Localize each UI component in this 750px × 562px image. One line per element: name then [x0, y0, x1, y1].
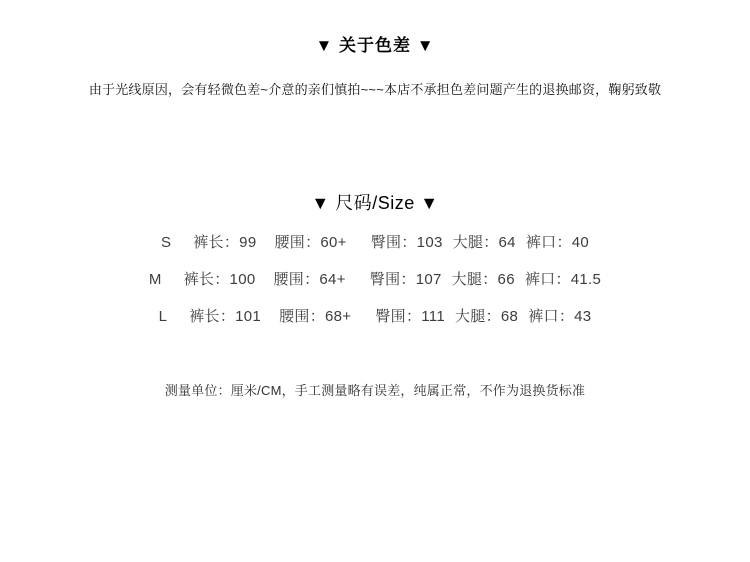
- measurement-label: 大腿: [452, 271, 483, 288]
- colon-separator: ：: [559, 308, 574, 325]
- measurement-cell: 腰围：60+: [274, 235, 346, 251]
- colon-separator: ：: [220, 308, 235, 325]
- measurement-cell: 裤长：100: [184, 272, 256, 288]
- product-description-page: ▼ 关于色差 ▼ 由于光线原因，会有轻微色差~介意的亲们慎拍~~~本店不承担色差…: [0, 0, 750, 562]
- measurement-value: 68: [501, 308, 518, 325]
- measurement-value: 64+: [319, 271, 345, 288]
- size-row-s: S 裤长：99 腰围：60+ 臀围：103 大腿：64 裤口：40: [0, 235, 750, 251]
- size-row-m: M 裤长：100 腰围：64+ 臀围：107 大腿：66 裤口：41.5: [0, 272, 750, 288]
- color-note-title: ▼ 关于色差 ▼: [0, 0, 750, 55]
- colon-separator: ：: [406, 308, 421, 325]
- size-label: L: [159, 309, 168, 325]
- measurement-label: 腰围: [273, 271, 304, 288]
- size-table: S 裤长：99 腰围：60+ 臀围：103 大腿：64 裤口：40 M 裤长：1…: [0, 235, 750, 325]
- size-section-title: ▼ 尺码/Size ▼: [0, 194, 750, 213]
- measurement-label: 裤口: [526, 234, 557, 251]
- measurement-cell: 臀围：111: [375, 309, 445, 325]
- measurement-value: 68+: [325, 308, 351, 325]
- colon-separator: ：: [224, 234, 239, 251]
- measurement-cell: 大腿：66: [452, 272, 515, 288]
- measurement-label: 裤长: [189, 308, 220, 325]
- measurement-label: 腰围: [274, 234, 305, 251]
- size-row-l: L 裤长：101 腰围：68+ 臀围：111 大腿：68 裤口：43: [0, 309, 750, 325]
- color-note-body: 由于光线原因，会有轻微色差~介意的亲们慎拍~~~本店不承担色差问题产生的退换邮资…: [0, 83, 750, 97]
- measurement-cell: 裤口：40: [526, 235, 589, 251]
- measurement-cell: 大腿：68: [455, 309, 518, 325]
- measurement-value: 103: [417, 234, 443, 251]
- measurement-value: 64: [499, 234, 516, 251]
- measurement-value: 60+: [320, 234, 346, 251]
- measurement-cell: 裤口：41.5: [525, 272, 601, 288]
- colon-separator: ：: [214, 271, 229, 288]
- measurement-cell: 大腿：64: [453, 235, 516, 251]
- colon-separator: ：: [482, 271, 497, 288]
- colon-separator: ：: [556, 234, 571, 251]
- measurement-label: 大腿: [455, 308, 486, 325]
- measurement-cell: 裤长：101: [189, 309, 261, 325]
- measurement-label: 裤长: [184, 271, 215, 288]
- measurement-value: 40: [572, 234, 589, 251]
- colon-separator: ：: [486, 308, 501, 325]
- measurement-value: 107: [416, 271, 442, 288]
- measurement-cell: 腰围：64+: [273, 272, 345, 288]
- measurement-value: 99: [239, 234, 256, 251]
- colon-separator: ：: [555, 271, 570, 288]
- measurement-value: 100: [230, 271, 256, 288]
- measurement-label: 裤口: [528, 308, 559, 325]
- measurement-label: 裤口: [525, 271, 556, 288]
- measurement-label: 臀围: [370, 271, 401, 288]
- measurement-cell: 裤长：99: [193, 235, 256, 251]
- measurement-cell: 臀围：103: [371, 235, 443, 251]
- colon-separator: ：: [304, 271, 319, 288]
- colon-separator: ：: [400, 271, 415, 288]
- measurement-unit-note: 测量单位：厘米/CM，手工测量略有误差，纯属正常，不作为退换货标准: [0, 384, 750, 398]
- measurement-cell: 腰围：68+: [279, 309, 351, 325]
- measurement-label: 腰围: [279, 308, 310, 325]
- measurement-label: 臀围: [371, 234, 402, 251]
- measurement-value: 43: [574, 308, 591, 325]
- measurement-value: 111: [421, 308, 445, 325]
- measurement-cell: 臀围：107: [370, 272, 442, 288]
- measurement-label: 裤长: [193, 234, 224, 251]
- colon-separator: ：: [305, 234, 320, 251]
- measurement-label: 大腿: [453, 234, 484, 251]
- measurement-value: 66: [498, 271, 515, 288]
- size-label: S: [161, 235, 171, 251]
- colon-separator: ：: [310, 308, 325, 325]
- measurement-label: 臀围: [375, 308, 406, 325]
- measurement-value: 41.5: [571, 271, 601, 288]
- measurement-cell: 裤口：43: [528, 309, 591, 325]
- measurement-value: 101: [235, 308, 261, 325]
- colon-separator: ：: [401, 234, 416, 251]
- colon-separator: ：: [483, 234, 498, 251]
- size-label: M: [149, 272, 162, 288]
